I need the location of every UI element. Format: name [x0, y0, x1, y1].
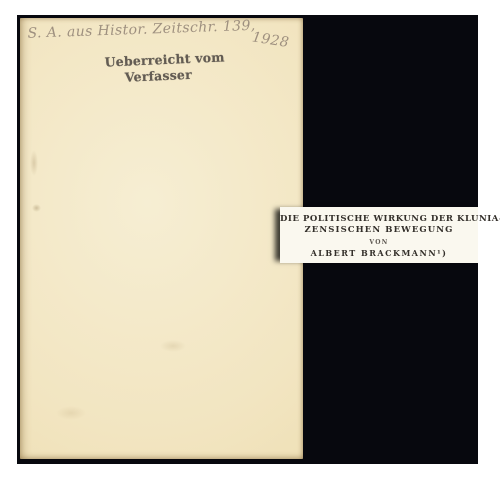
- paper-stain: [32, 204, 41, 212]
- paper-stain: [56, 406, 86, 420]
- inscription-year: 1928: [251, 29, 290, 51]
- ownership-stamp: Ueberreicht vom Verfasser: [74, 48, 255, 88]
- paper-stain: [30, 150, 38, 176]
- paper-stain: [160, 340, 186, 352]
- slip-author: ALBERT BRACKMANN¹): [280, 248, 478, 259]
- slip-title-line-1: DIE POLITISCHE WIRKUNG DER KLUNIA-: [280, 214, 478, 225]
- scan-photo: S. A. aus Histor. Zeitschr. 139, 1928 Ue…: [17, 15, 478, 464]
- slip-title-line-2: ZENSISCHEN BEWEGUNG: [280, 225, 478, 236]
- listing-photo-page: S. A. aus Histor. Zeitschr. 139, 1928 Ue…: [0, 0, 500, 484]
- book-cover: S. A. aus Histor. Zeitschr. 139, 1928 Ue…: [20, 18, 303, 459]
- title-slip: DIE POLITISCHE WIRKUNG DER KLUNIA- ZENSI…: [280, 207, 478, 263]
- slip-byline: VON: [280, 238, 478, 247]
- inscription-text: S. A. aus Histor. Zeitschr. 139,: [27, 18, 256, 42]
